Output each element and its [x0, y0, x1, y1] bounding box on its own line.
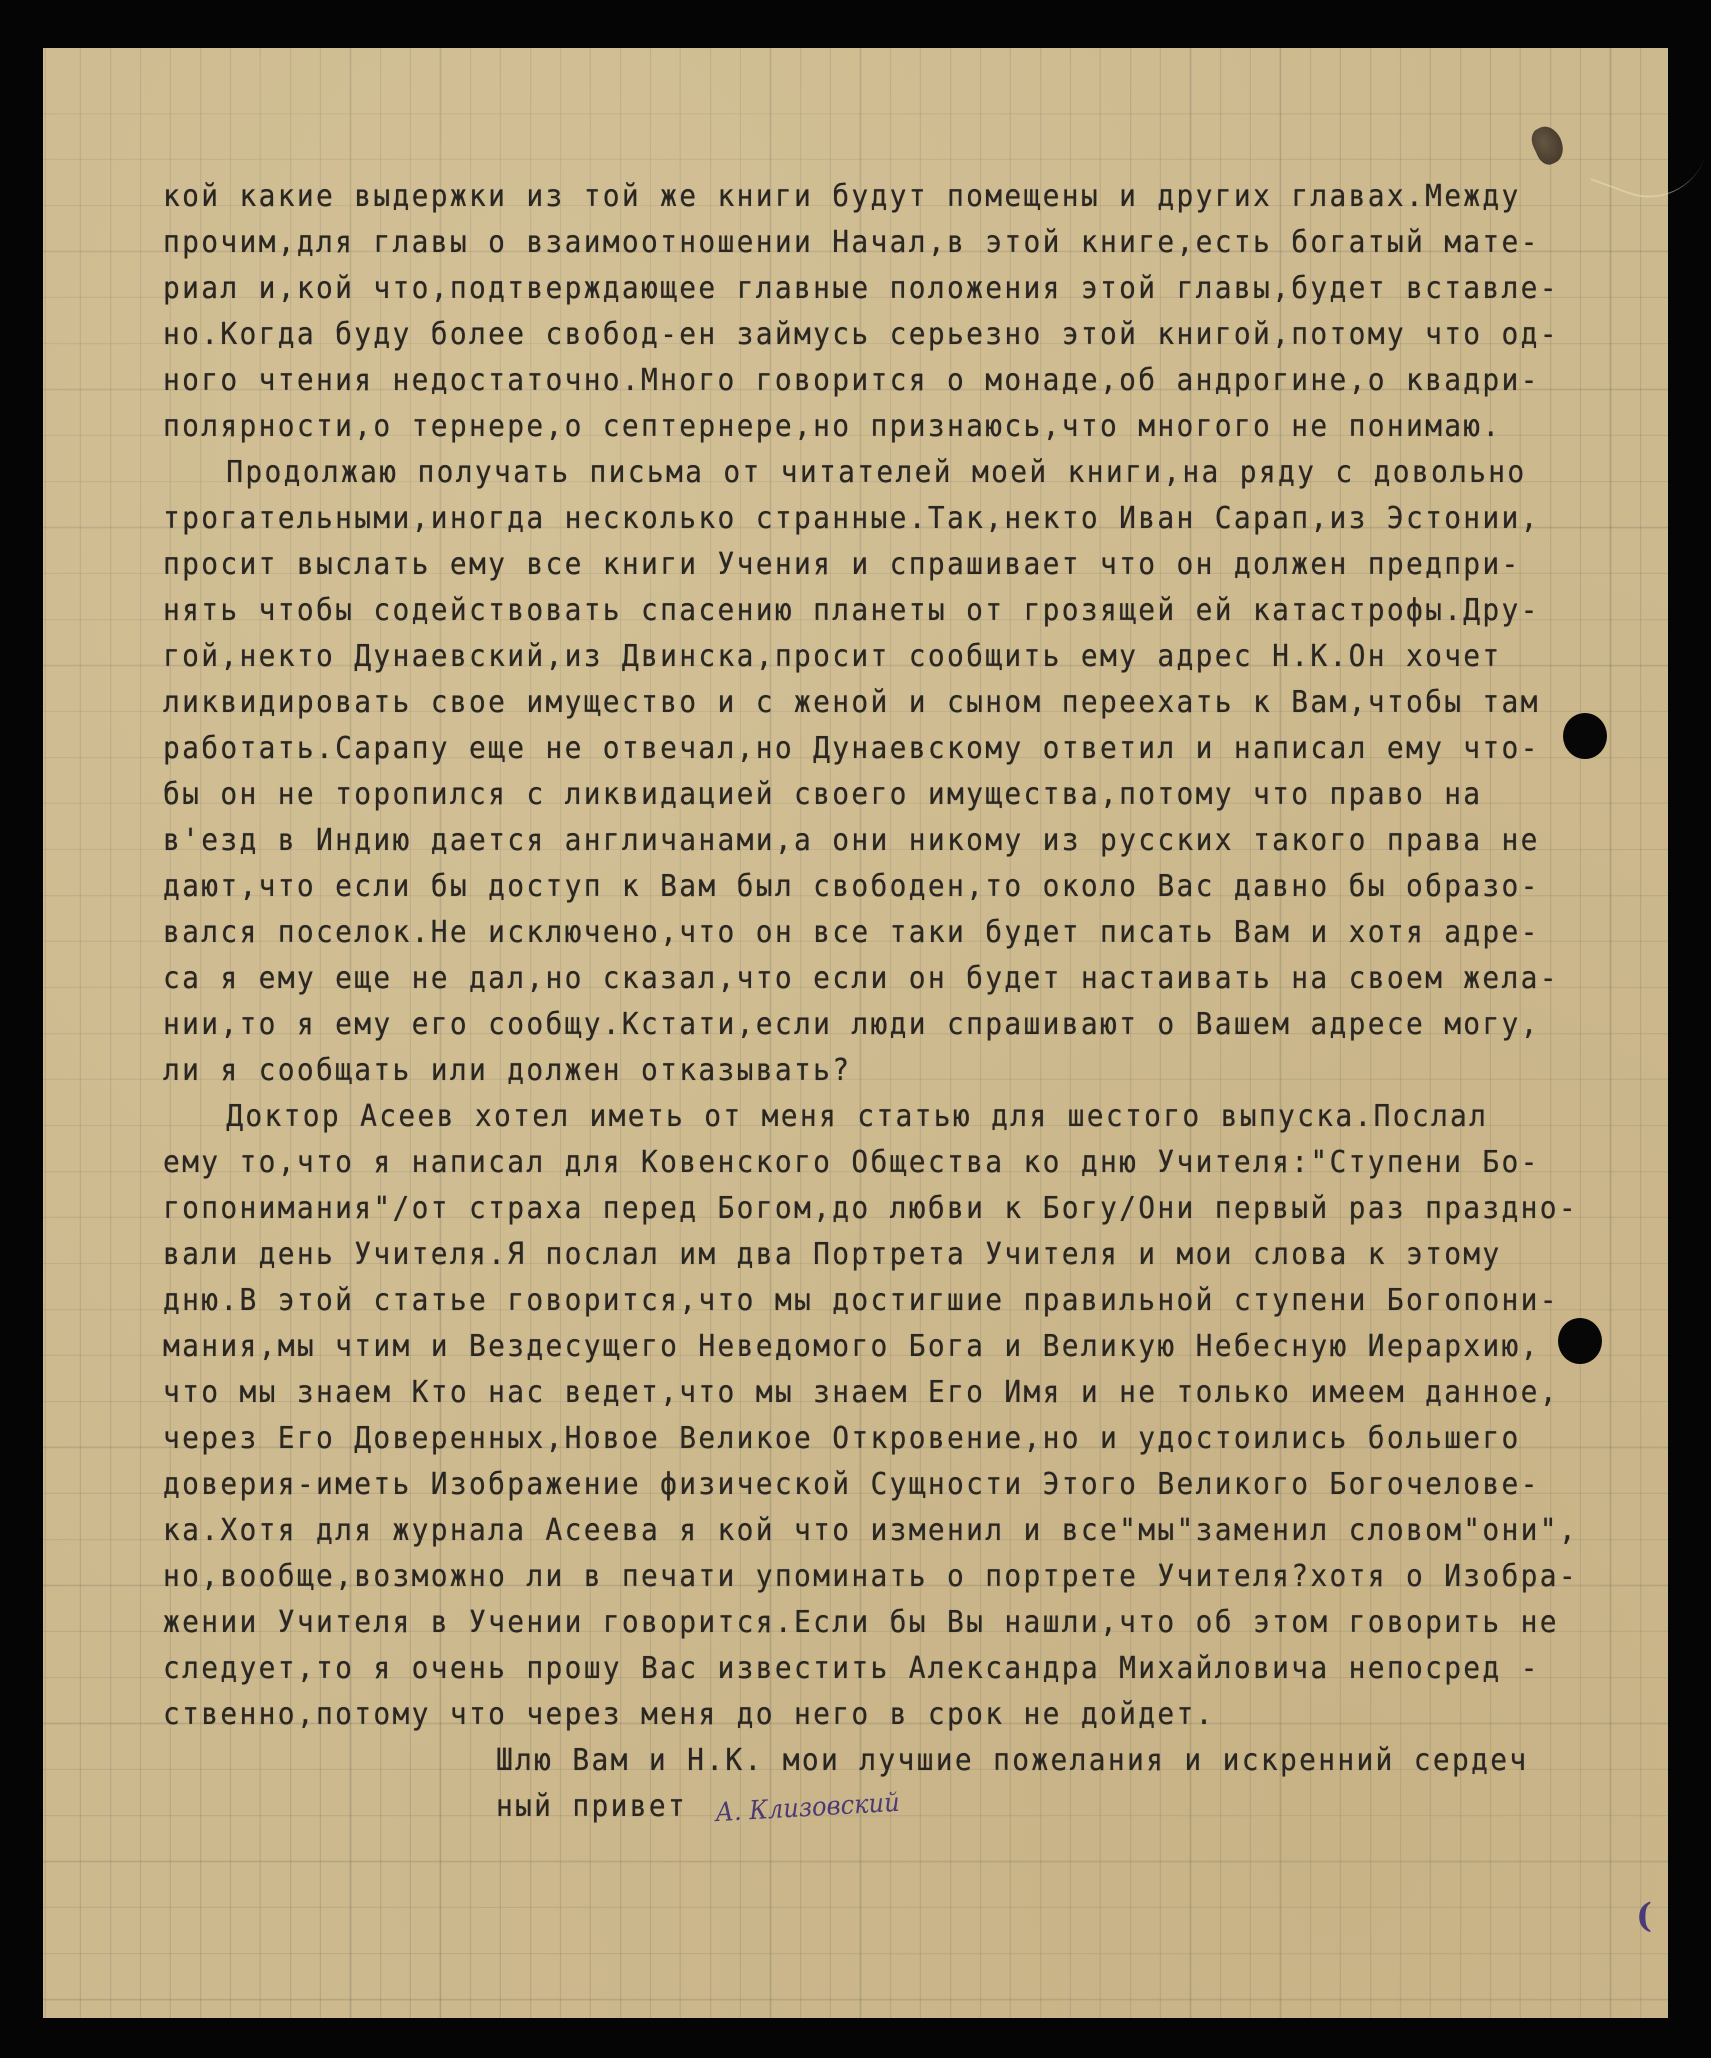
text-line: следует,то я очень прошу Вас известить А…	[163, 1646, 1558, 1692]
text-line: ему то,что я написал для Ковенского Обще…	[163, 1140, 1558, 1186]
text-line: но.Когда буду более свобод-ен займусь се…	[163, 312, 1558, 358]
text-line: гой,некто Дунаевский,из Двинска,просит с…	[163, 634, 1558, 680]
paragraph-start-line: Продолжаю получать письма от читателей м…	[163, 450, 1558, 496]
punch-hole-top	[1563, 713, 1607, 759]
text-line: бы он не торопился с ликвидацией своего …	[163, 772, 1558, 818]
text-line: вали день Учителя.Я послал им два Портре…	[163, 1232, 1558, 1278]
text-line: риал и,кой что,подтверждающее главные по…	[163, 266, 1558, 312]
margin-mark: (	[1636, 1896, 1652, 1936]
text-line: вался поселок.Не исключено,что он все та…	[163, 910, 1558, 956]
text-line: дают,что если бы доступ к Вам был свобод…	[163, 864, 1558, 910]
handwritten-signature: А. Клизовский	[714, 1780, 900, 1836]
text-line: работать.Сарапу еще не отвечал,но Дунаев…	[163, 726, 1558, 772]
text-line: полярности,о тернере,о септернере,но при…	[163, 404, 1558, 450]
punch-hole-bottom	[1558, 1318, 1602, 1364]
text-line: ликвидировать свое имущество и с женой и…	[163, 680, 1558, 726]
text-line: но,вообще,возможно ли в печати упоминать…	[163, 1554, 1558, 1600]
text-line: через Его Доверенных,Новое Великое Откро…	[163, 1416, 1558, 1462]
text-line: нии,то я ему его сообщу.Кстати,если люди…	[163, 1002, 1558, 1048]
text-line: нять чтобы содействовать спасению планет…	[163, 588, 1558, 634]
text-line: ного чтения недостаточно.Много говорится…	[163, 358, 1558, 404]
paper-crease	[1590, 94, 1711, 215]
text-line: са я ему еще не дал,но сказал,что если о…	[163, 956, 1558, 1002]
text-line: жении Учителя в Учении говорится.Если бы…	[163, 1600, 1558, 1646]
text-line: кой какие выдержки из той же книги будут…	[163, 174, 1558, 220]
text-line: гопонимания"/от страха перед Богом,до лю…	[163, 1186, 1558, 1232]
text-line: просит выслать ему все книги Учения и сп…	[163, 542, 1558, 588]
text-line: ли я сообщать или должен отказывать?	[163, 1048, 1558, 1094]
closing-line: Шлю Вам и Н.К. мои лучшие пожелания и ис…	[163, 1738, 1558, 1784]
text-line: прочим,для главы о взаимоотношении Начал…	[163, 220, 1558, 266]
paragraph-start-line: Доктор Асеев хотел иметь от меня статью …	[163, 1094, 1558, 1140]
text-line: доверия-иметь Изображение физической Сущ…	[163, 1462, 1558, 1508]
text-line: в'езд в Индию дается англичанами,а они н…	[163, 818, 1558, 864]
closing-line-with-signature: ный приветА. Клизовский	[163, 1784, 1558, 1830]
text-line: что мы знаем Кто нас ведет,что мы знаем …	[163, 1370, 1558, 1416]
text-line: ственно,потому что через меня до него в …	[163, 1692, 1558, 1738]
text-line: мания,мы чтим и Вездесущего Неведомого Б…	[163, 1324, 1558, 1370]
letter-body: кой какие выдержки из той же книги будут…	[163, 174, 1558, 1830]
text-line: трогательными,иногда несколько странные.…	[163, 496, 1558, 542]
letter-page: кой какие выдержки из той же книги будут…	[43, 48, 1668, 2018]
closing-text: ный привет	[496, 1789, 687, 1824]
text-line: дню.В этой статье говорится,что мы дости…	[163, 1278, 1558, 1324]
text-line: ка.Хотя для журнала Асеева я кой что изм…	[163, 1508, 1558, 1554]
ink-stain	[1527, 122, 1568, 168]
